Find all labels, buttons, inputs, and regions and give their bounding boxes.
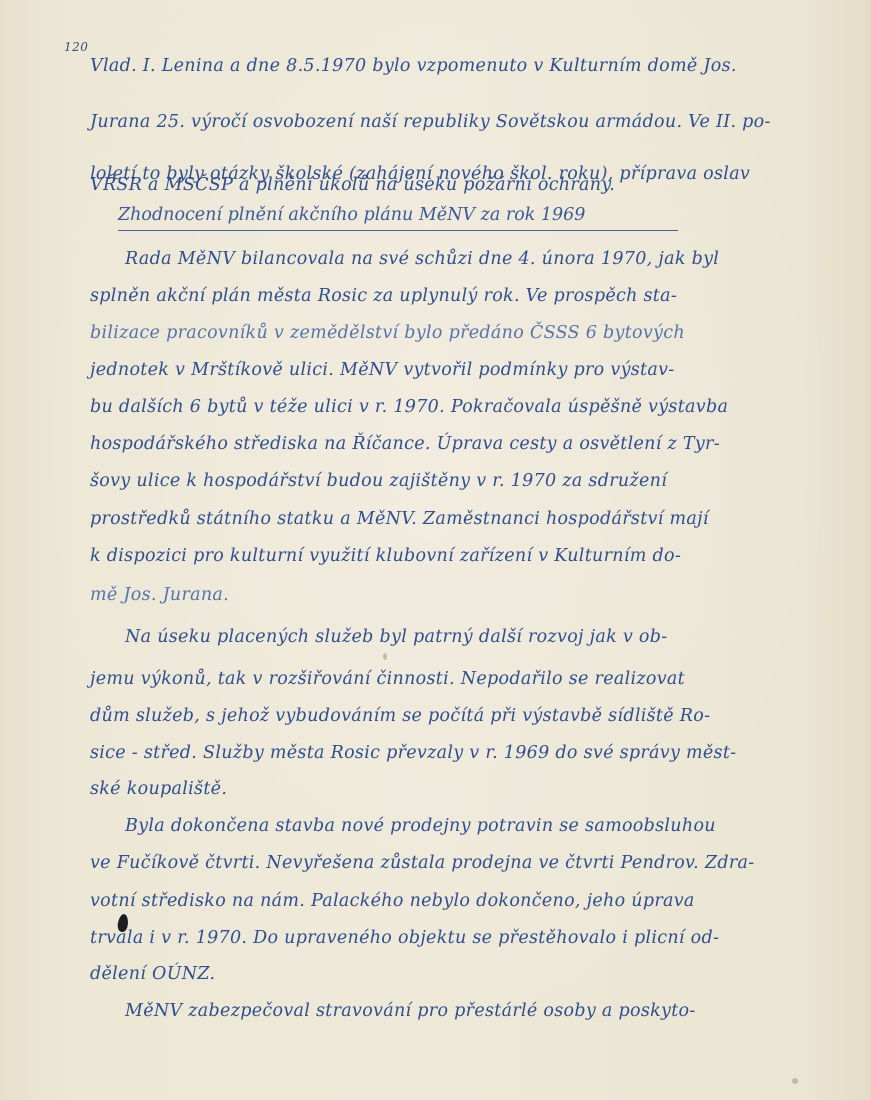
text-line: Jurana 25. výročí osvobození naší republ… [90, 111, 810, 133]
text-line: ské koupaliště. [90, 778, 810, 800]
page-number: 120 [64, 40, 88, 54]
text-line: dělení OÚNZ. [90, 963, 810, 985]
section-heading: Zhodnocení plnění akčního plánu MěNV za … [118, 204, 678, 231]
text-line: šovy ulice k hospodářství budou zajištěn… [90, 470, 810, 492]
text-line: jemu výkonů, tak v rozšiřování činnosti.… [90, 668, 810, 690]
text-line: prostředků státního statku a MěNV. Zaměs… [90, 508, 810, 530]
text-line: hospodářského střediska na Říčance. Úpra… [90, 433, 810, 455]
text-line: ve Fučíkově čtvrti. Nevyřešena zůstala p… [90, 852, 810, 874]
text-line: Vlad. I. Lenina a dne 8.5.1970 bylo vzpo… [90, 55, 810, 77]
text-line: MěNV zabezpečoval stravování pro přestár… [125, 1000, 845, 1022]
text-line: splněn akční plán města Rosic za uplynul… [90, 285, 810, 307]
text-line: k dispozici pro kulturní využití klubovn… [90, 545, 810, 567]
paper-smudge [792, 1078, 798, 1084]
paper-smudge [383, 653, 387, 660]
text-line: Rada MěNV bilancovala na své schůzi dne … [125, 248, 845, 270]
text-line: Byla dokončena stavba nové prodejny potr… [125, 815, 845, 837]
text-line: trvala i v r. 1970. Do upraveného objekt… [90, 927, 810, 949]
chronicle-page: 120 Vlad. I. Lenina a dne 8.5.1970 bylo … [0, 0, 871, 1100]
text-line: votní středisko na nám. Palackého nebylo… [90, 890, 810, 912]
text-line: mě Jos. Jurana. [90, 584, 810, 606]
text-line: bu dalších 6 bytů v téže ulici v r. 1970… [90, 396, 810, 418]
text-line: VŘSR a MSČSP a plnění úkolů na úseku pož… [90, 174, 810, 196]
text-line: dům služeb, s jehož vybudováním se počít… [90, 705, 810, 727]
text-line: Na úseku placených služeb byl patrný dal… [125, 626, 845, 648]
text-line: jednotek v Mrštíkově ulici. MěNV vytvoři… [90, 359, 810, 381]
text-line: bilizace pracovníků v zemědělství bylo p… [90, 322, 810, 344]
text-line: sice - střed. Služby města Rosic převzal… [90, 742, 810, 764]
